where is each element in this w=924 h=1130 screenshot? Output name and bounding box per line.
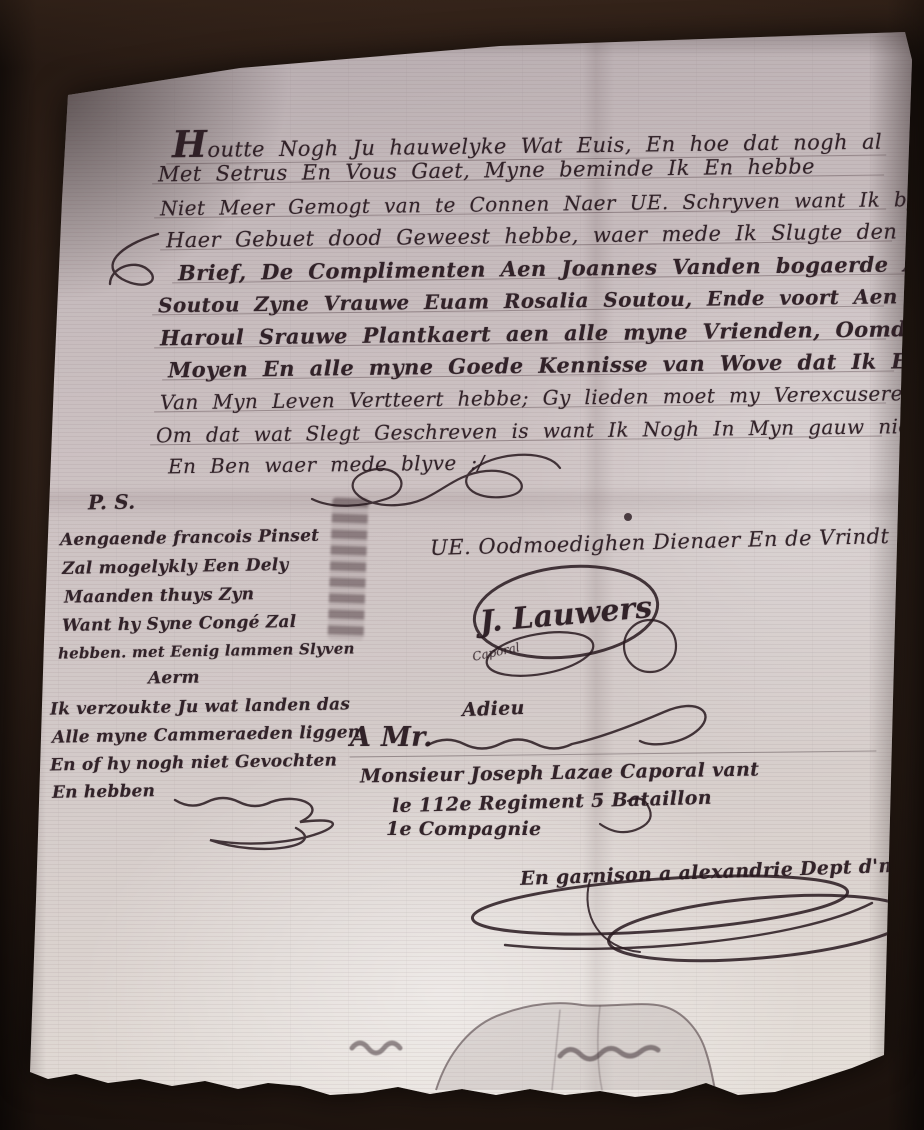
address-line: Monsieur Joseph Lazae Caporal vant [360,759,760,788]
postscript-line: En of hy nogh niet Gevochten [50,750,337,775]
letter-body-line: Niet Meer Gemogt van te Connen Naer UE. … [160,188,872,221]
letter-body-line: Brief, De Complimenten Aen Joannes Vande… [178,252,890,286]
postscript-line: Want hy Syne Congé Zal [62,612,297,636]
pen-flourish [110,234,158,285]
postscript-line: Alle myne Cammeraeden liggen [52,722,361,747]
letter-body-line: Haer Gebuet dood Geweest hebbe, waer med… [166,220,878,253]
address-garrison: En garnison a alexandrie Dept d'marengo [520,852,924,890]
paper-shadow: Houtte Nogh Ju hauwelyke Wat Euis, En ho… [0,0,924,1130]
closing-salutation: UE. Oodmoedighen Dienaer En de Vrindt [430,524,890,560]
address-line: le 112e Regiment 5 Bataillon [392,787,712,817]
letter-body-line: Haroul Srauwe Plantkaert aen alle myne V… [160,317,872,351]
postscript-line: Aengaende francois Pinset [60,526,319,551]
postscript-line: Maanden thuys Zyn [64,584,255,607]
address-adieu: Adieu [462,697,525,721]
address-to: A Mr. [350,722,433,753]
signature-rank: Caporal [471,640,521,664]
postscript-header: P. S. [88,490,136,515]
photo-frame: Houtte Nogh Ju hauwelyke Wat Euis, En ho… [0,0,924,1130]
letter-body-line: Moyen En alle myne Goede Kennisse van Wo… [168,349,880,383]
letter-body-line: Soutou Zyne Vrauwe Euam Rosalia Soutou, … [158,285,870,318]
postscript-line: hebben. met Eenig lammen Slyven [58,639,355,662]
pen-flourish [175,798,333,849]
letter-body-line: Om dat wat Slegt Geschreven is want Ik N… [156,415,868,448]
letter-body-line: En Ben waer mede blyve :/ [168,446,880,479]
postscript-line: Zal mogelykly Een Dely [62,555,289,579]
torn-flap [436,1003,715,1090]
ink-dot [624,513,632,521]
postscript-line: En hebben [52,781,156,803]
letter-body-line: Van Myn Leven Vertteert hebbe; Gy lieden… [160,382,872,415]
ghost-ink-marks [352,1043,658,1059]
postscript-word-aerm: Aerm [148,668,200,689]
signature-name: J. Lauwers [478,590,653,640]
postmark-stamp [328,497,369,640]
postscript-line: Ik verzoukte Ju wat landen das [50,694,350,719]
letter-paper: Houtte Nogh Ju hauwelyke Wat Euis, En ho… [0,0,924,1130]
address-line: 1e Compagnie [386,818,541,840]
